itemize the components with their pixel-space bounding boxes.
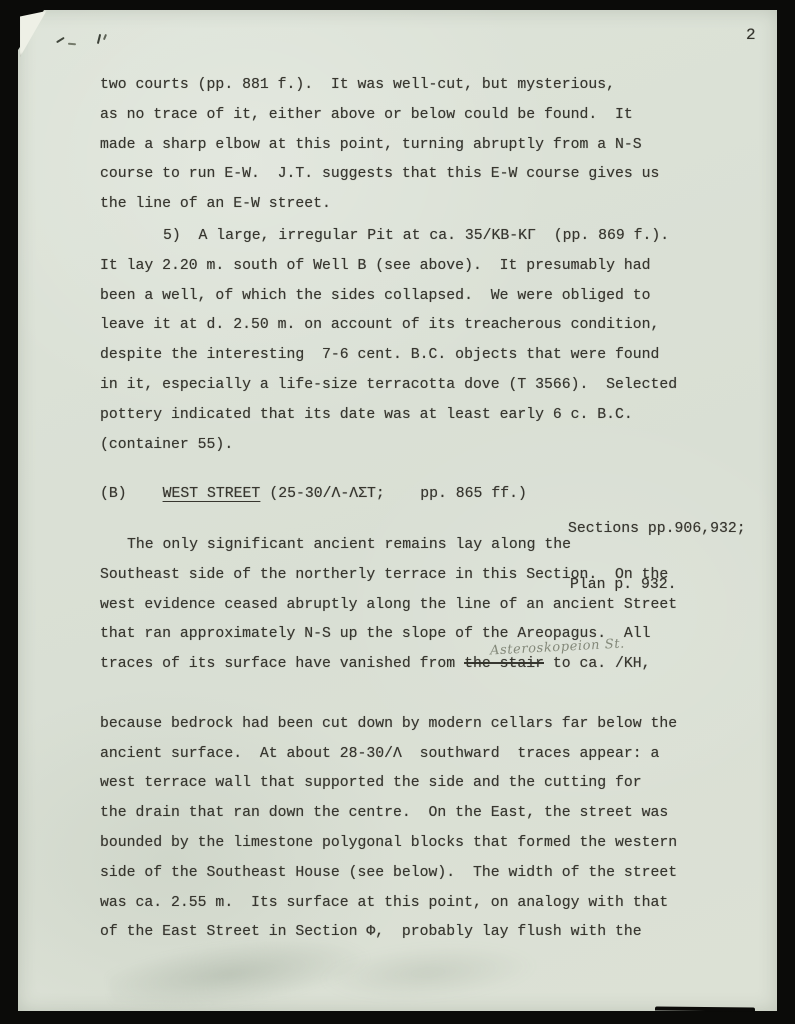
edge-nick [655,1006,755,1011]
pencil-mark [103,34,107,40]
text-line: been a well, of which the sides collapse… [100,282,677,312]
text-line: The only significant ancient remains lay… [100,531,677,561]
text-line: Southeast side of the northerly terrace … [100,561,677,591]
section-title: WEST STREET [163,486,261,502]
section-label: (B) [100,486,127,502]
text-line: despite the interesting 7-6 cent. B.C. o… [100,341,677,371]
text-line: leave it at d. 2.50 m. on account of its… [100,311,677,341]
text-segment: traces of its surface have vanished from [100,656,464,672]
folded-corner [20,11,50,57]
text-line: It lay 2.20 m. south of Well B (see abov… [100,252,677,282]
paragraph-1: two courts (pp. 881 f.). It was well-cut… [100,71,659,220]
paragraph-3: The only significant ancient remains lay… [100,531,677,948]
text-line: of the East Street in Section Φ, probabl… [100,918,677,948]
document-page: 2 two courts (pp. 881 f.). It was well-c… [18,10,777,1011]
pencil-mark [68,43,76,45]
text-line: pottery indicated that its date was at l… [100,401,677,431]
text-line: ancient surface. At about 28-30/Λ southw… [100,740,677,770]
text-line: two courts (pp. 881 f.). It was well-cut… [100,71,659,101]
text-line-annotated: traces of its surface have vanished from… [100,650,677,710]
text-line: course to run E-W. J.T. suggests that th… [100,160,659,190]
text-line: the line of an E-W street. [100,190,659,220]
text-line: made a sharp elbow at this point, turnin… [100,131,659,161]
text-line: side of the Southeast House (see below).… [100,859,677,889]
text-line: west terrace wall that supported the sid… [100,769,677,799]
text-line: 5) A large, irregular Pit at ca. 35/ΚΒ-Κ… [100,222,677,252]
page-number: 2 [746,26,756,44]
text-line: in it, especially a life-size terracotta… [100,371,677,401]
text-line: bounded by the limestone polygonal block… [100,829,677,859]
text-line: (container 55). [100,431,677,461]
pencil-mark [56,37,65,44]
text-line: because bedrock had been cut down by mod… [100,710,677,740]
pencil-mark [97,34,102,44]
section-refs: (25-30/Λ-ΛΣΤ; pp. 865 ff.) [269,486,527,502]
text-line: was ca. 2.55 m. Its surface at this poin… [100,889,677,919]
text-line: as no trace of it, either above or below… [100,101,659,131]
text-line: the drain that ran down the centre. On t… [100,799,677,829]
paragraph-2: 5) A large, irregular Pit at ca. 35/ΚΒ-Κ… [100,222,677,460]
text-line: west evidence ceased abruptly along the … [100,591,677,621]
